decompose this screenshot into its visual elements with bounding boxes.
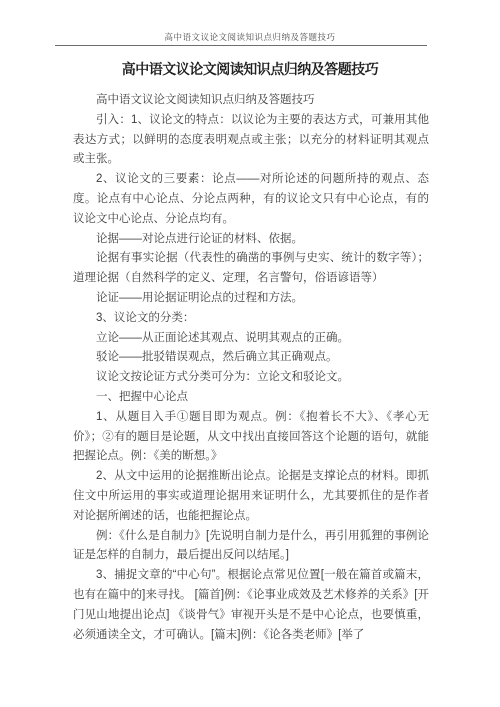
running-header: 高中语文议论文阅读知识点归纳及答题技巧 bbox=[0, 31, 500, 43]
paragraph: 2、从文中运用的论据推断出论点。论据是支撑论点的材料。即抓住文中所运用的事实或道… bbox=[73, 467, 429, 526]
paragraph: 1、从题目入手①题目即为观点。例：《抱着长不大》、《孝心无价》；②有的题目是论题… bbox=[73, 408, 429, 467]
paragraph: 一、把握中心论点 bbox=[73, 388, 429, 408]
header-rule bbox=[55, 45, 427, 46]
paragraph: 立论——从正面论述其观点、说明其观点的正确。 bbox=[73, 329, 429, 349]
paragraph: 论证——用论据证明论点的过程和方法。 bbox=[73, 289, 429, 309]
running-header-text: 高中语文议论文阅读知识点归纳及答题技巧 bbox=[164, 32, 335, 42]
paragraph: 议论文按论证方式分类可分为：立论文和驳论文。 bbox=[73, 368, 429, 388]
paragraph: 驳论——批驳错误观点，然后确立其正确观点。 bbox=[73, 348, 429, 368]
document-page: 高中语文议论文阅读知识点归纳及答题技巧 高中语文议论文阅读知识点归纳及答题技巧 … bbox=[0, 0, 500, 707]
paragraph: 例：《什么是自制力》[先说明自制力是什么，再引用狐狸的事例论证是怎样的自制力，最… bbox=[73, 527, 429, 567]
paragraph: 引入：1、议论文的特点：以议论为主要的表达方式，可兼用其他表达方式；以鲜明的态度… bbox=[73, 111, 429, 170]
paragraph: 论据有事实论据（代表性的确凿的事例与史实、统计的数字等）；道理论据（自然科学的定… bbox=[73, 249, 429, 289]
paragraph: 论据——对论点进行论证的材料、依据。 bbox=[73, 230, 429, 250]
paragraph: 高中语文议论文阅读知识点归纳及答题技巧 bbox=[73, 91, 429, 111]
paragraph: 3、议论文的分类： bbox=[73, 309, 429, 329]
page-title: 高中语文议论文阅读知识点归纳及答题技巧 bbox=[0, 59, 500, 79]
paragraph: 2、议论文的三要素：论点——对所论述的问题所持的观点、态度。论点有中心论点、分论… bbox=[73, 170, 429, 229]
paragraph: 3、捕捉文章的“中心句”。根据论点常见位置[一般在篇首或篇末，也有在篇中的]来寻… bbox=[73, 566, 429, 645]
document-body: 高中语文议论文阅读知识点归纳及答题技巧 引入：1、议论文的特点：以议论为主要的表… bbox=[73, 91, 429, 645]
